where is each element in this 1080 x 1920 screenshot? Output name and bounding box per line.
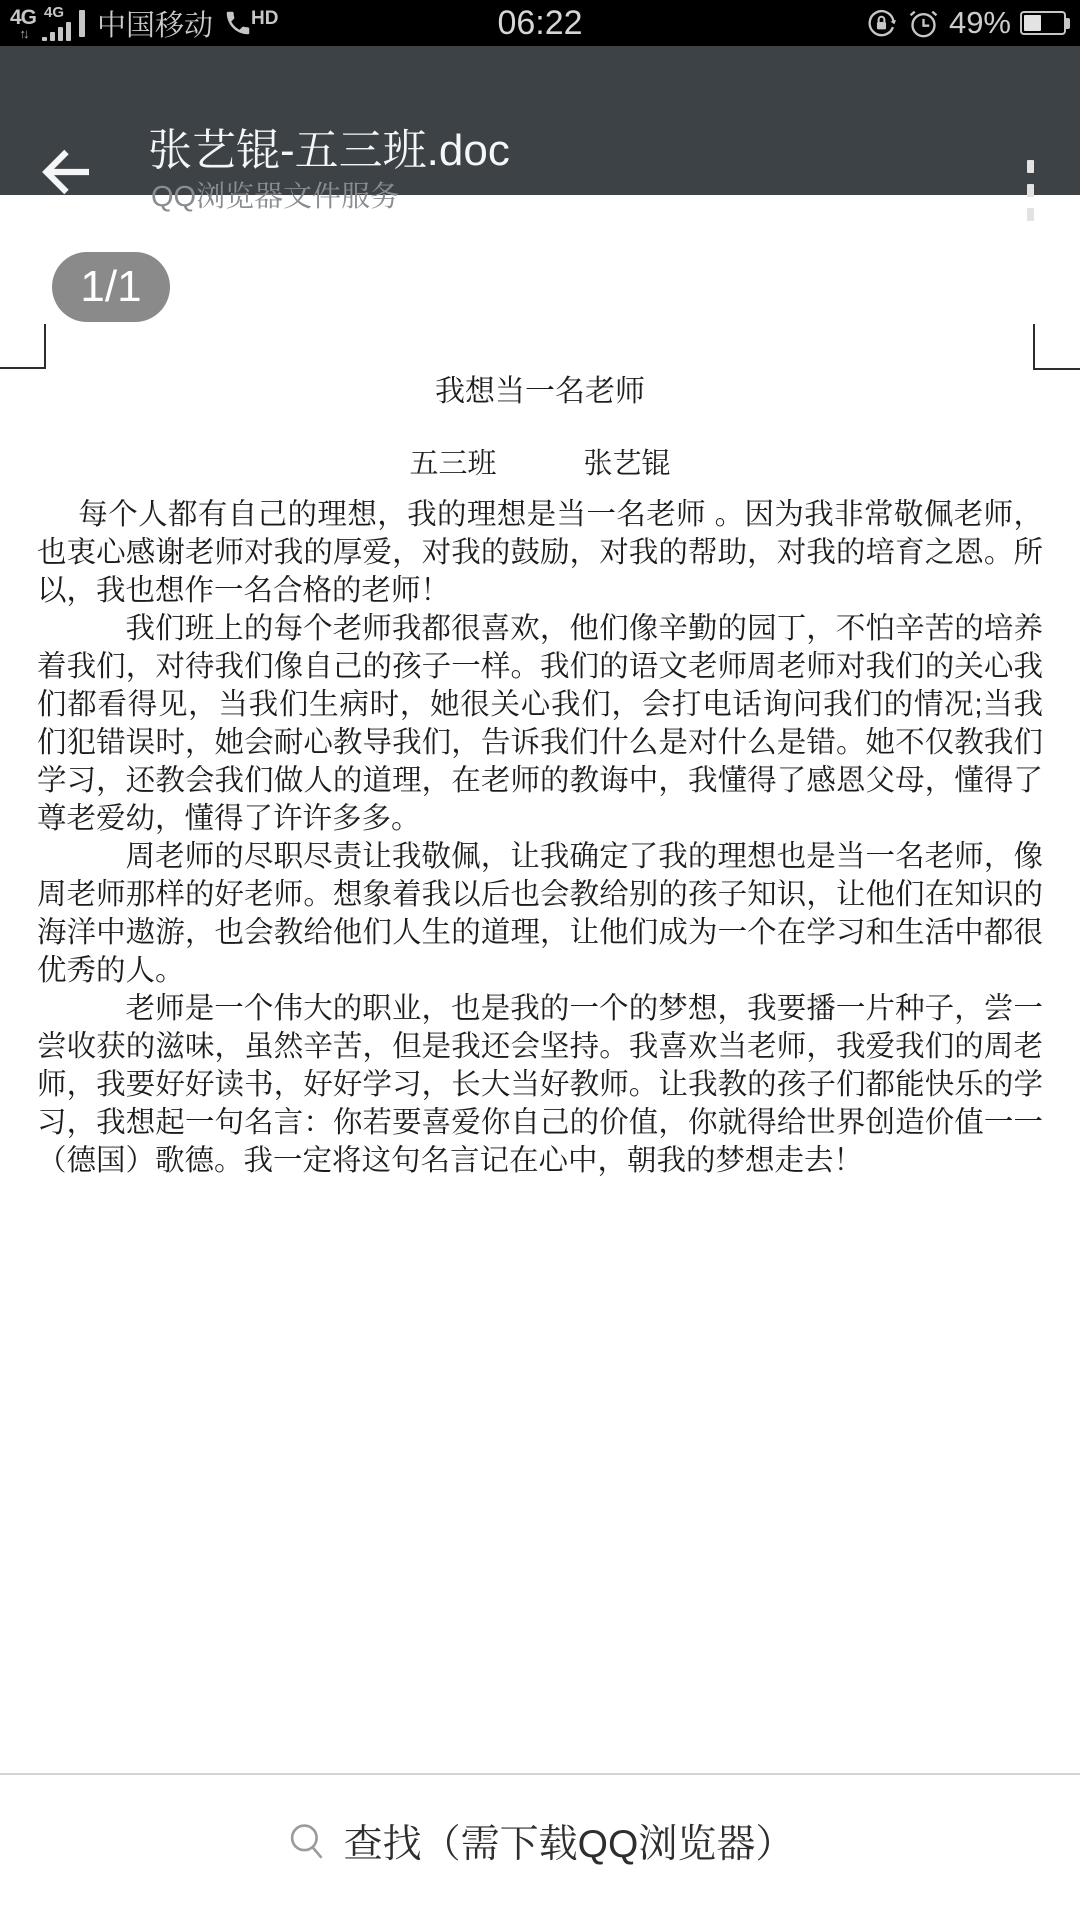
essay-paragraph: 每个人都有自己的理想，我的理想是当一名老师 。因为我非常敬佩老师，也衷心感谢老师… — [37, 496, 1043, 610]
essay-title: 我想当一名老师 — [37, 372, 1043, 412]
essay-byline: 五三班 张艺锟 — [37, 444, 1043, 484]
back-arrow-icon — [34, 142, 94, 202]
menu-dot-icon — [1027, 184, 1034, 197]
essay-paragraph: 我们班上的每个老师我都很喜欢，他们像辛勤的园丁，不怕辛苦的培养着我们，对待我们像… — [37, 610, 1043, 838]
network-indicator-1: 4G ↑↓ — [10, 7, 36, 40]
alarm-clock-icon — [907, 7, 940, 40]
service-subtitle: QQ浏览器文件服务 — [151, 174, 851, 215]
signal-bars-icon — [42, 21, 71, 41]
page-corner-mark-right — [1033, 324, 1080, 370]
hd-label: HD — [251, 8, 278, 30]
carrier-label: 中国移动 — [97, 3, 213, 44]
battery-icon — [1020, 11, 1070, 35]
phone-icon — [223, 8, 253, 38]
network-indicator-2: 4G — [42, 5, 71, 41]
clock-time: 06:22 — [497, 4, 582, 43]
status-right-group: 49% — [865, 0, 1070, 46]
volte-phone-indicator: HD — [223, 8, 278, 38]
battery-percent-label: 49% — [949, 5, 1011, 41]
essay-paragraph: 周老师的尽职尽责让我敬佩，让我确定了我的理想也是当一名老师，像周老师那样的好老师… — [37, 838, 1043, 990]
rotation-lock-icon — [865, 7, 898, 40]
menu-dot-icon — [1027, 208, 1034, 221]
find-button-label: 查找（需下载QQ浏览器） — [344, 1813, 795, 1869]
network-type-label: 4G — [10, 7, 36, 28]
find-in-document-button[interactable]: 查找（需下载QQ浏览器） — [0, 1796, 1080, 1886]
overflow-menu-button[interactable] — [1010, 150, 1050, 230]
file-title: 张艺锟-五三班.doc — [148, 114, 908, 178]
page-indicator-badge: 1/1 — [52, 252, 170, 322]
screen: 4G ↑↓ 4G 中国移动 HD 06:22 — [0, 0, 1080, 1920]
status-left-group: 4G ↑↓ 4G 中国移动 HD — [0, 0, 278, 46]
network-type-label-2: 4G — [44, 5, 64, 20]
signal-bar-sim2-icon — [79, 10, 85, 37]
data-activity-arrows-icon: ↑↓ — [20, 27, 27, 40]
status-bar: 4G ↑↓ 4G 中国移动 HD 06:22 — [0, 0, 1080, 46]
essay-paragraph: 老师是一个伟大的职业，也是我的一个的梦想，我要播一片种子，尝一尝收获的滋味，虽然… — [37, 990, 1043, 1180]
document-page: 我想当一名老师 五三班 张艺锟 每个人都有自己的理想，我的理想是当一名老师 。因… — [37, 372, 1043, 1180]
page-indicator-label: 1/1 — [80, 262, 141, 312]
app-header: 张艺锟-五三班.doc QQ浏览器文件服务 — [0, 46, 1080, 195]
bottom-divider — [0, 1773, 1080, 1775]
search-icon — [286, 1820, 328, 1862]
back-button[interactable] — [28, 136, 100, 208]
menu-dot-icon — [1027, 160, 1034, 173]
page-corner-mark-left — [0, 324, 46, 369]
